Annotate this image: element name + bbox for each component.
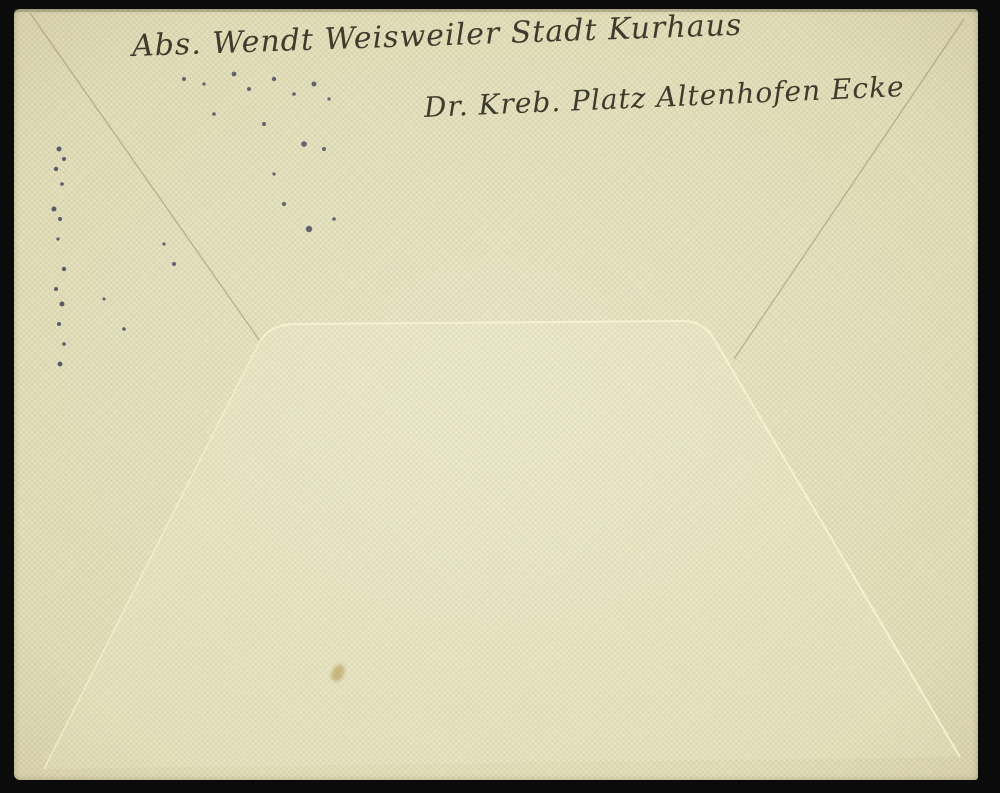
postmark-fragment-left [34,129,154,389]
postmark-fragment-top [154,54,384,274]
envelope: Abs. Wendt Weisweiler Stadt Kurhaus Dr. … [14,9,978,780]
